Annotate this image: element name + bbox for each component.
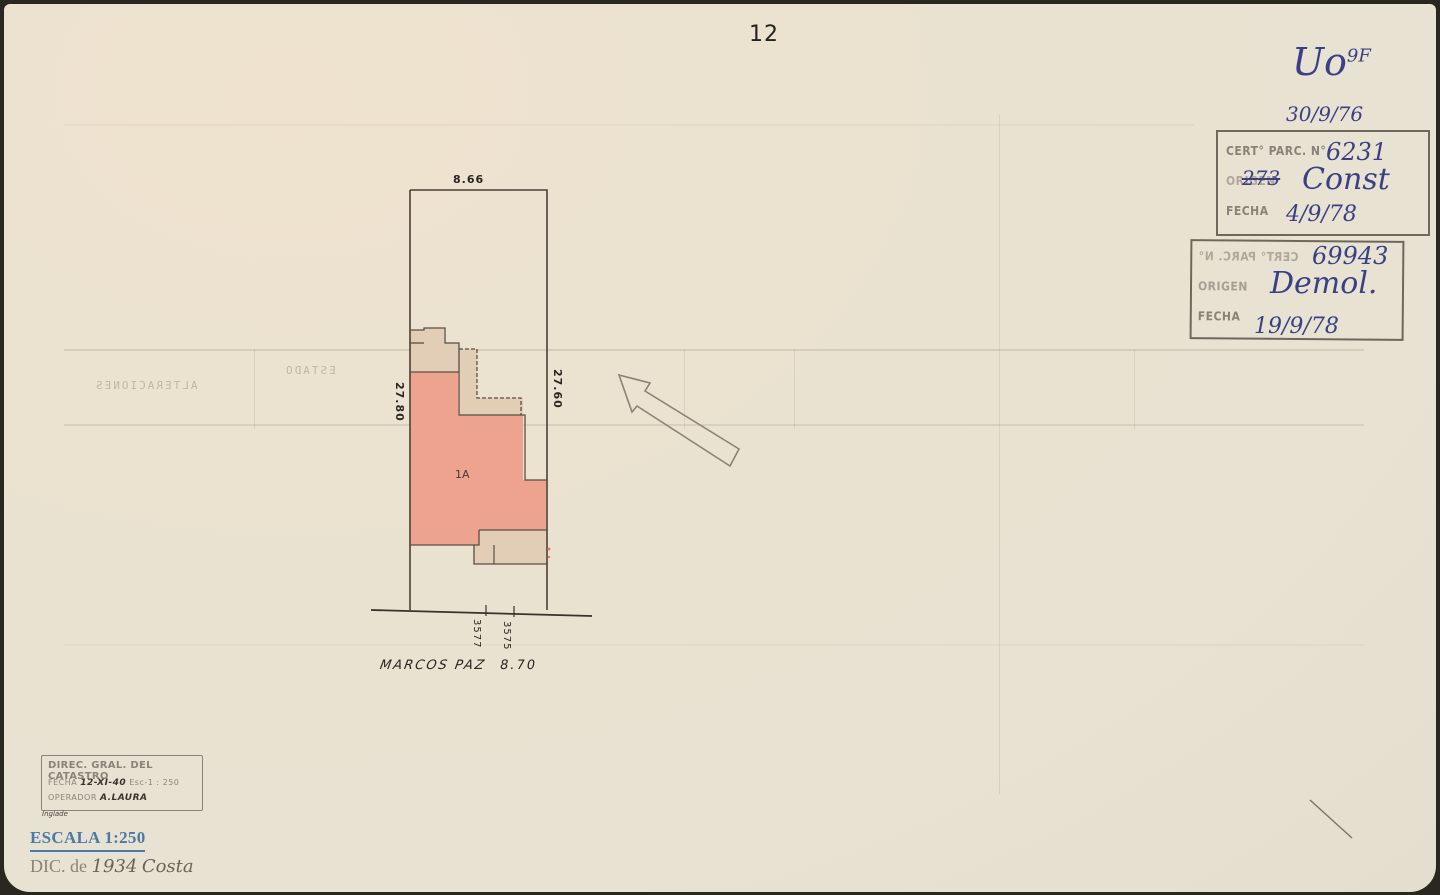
right-depth: 27.60 [551, 369, 564, 409]
house-number: 3575 [501, 621, 512, 650]
lot-label: 1A [455, 468, 470, 481]
street-front-width: 8.70 [499, 658, 539, 673]
certificate-date: 4/9/78 [1286, 202, 1357, 227]
left-depth: 27.80 [393, 382, 406, 422]
catastro-signature: Inglade [42, 810, 68, 818]
secondary-area-bottom [474, 530, 546, 564]
handwritten-date: 30/9/76 [1286, 102, 1363, 126]
dic-line: DIC. de 1934 Costa [30, 856, 194, 877]
scale-stamp: ESCALA 1:250 [30, 828, 146, 848]
street-name-text: MARCOS PAZ [379, 658, 487, 673]
street-name: MARCOS PAZ 8.70 [379, 658, 539, 673]
handwritten-note: Uo9F [1292, 40, 1371, 84]
arrow-icon [619, 375, 739, 466]
certificate-origin-crossed: 273 [1242, 166, 1280, 190]
front-width-top: 8.66 [453, 173, 484, 186]
certificate-origin: Const [1302, 162, 1390, 197]
catastro-stamp: DIREC. GRAL. DEL CATASTRO FECHA 12-XI-40… [41, 755, 203, 811]
house-number: 3577 [471, 619, 482, 648]
certificate-2-origin: Demol. [1270, 266, 1377, 301]
pencil-mark [1304, 794, 1364, 844]
certificate-2-date: 19/9/78 [1254, 314, 1339, 339]
scale-underline [30, 850, 145, 852]
cadastral-card: ALTERACIONES ESTADO 12 8.66 27.80 [4, 4, 1436, 892]
